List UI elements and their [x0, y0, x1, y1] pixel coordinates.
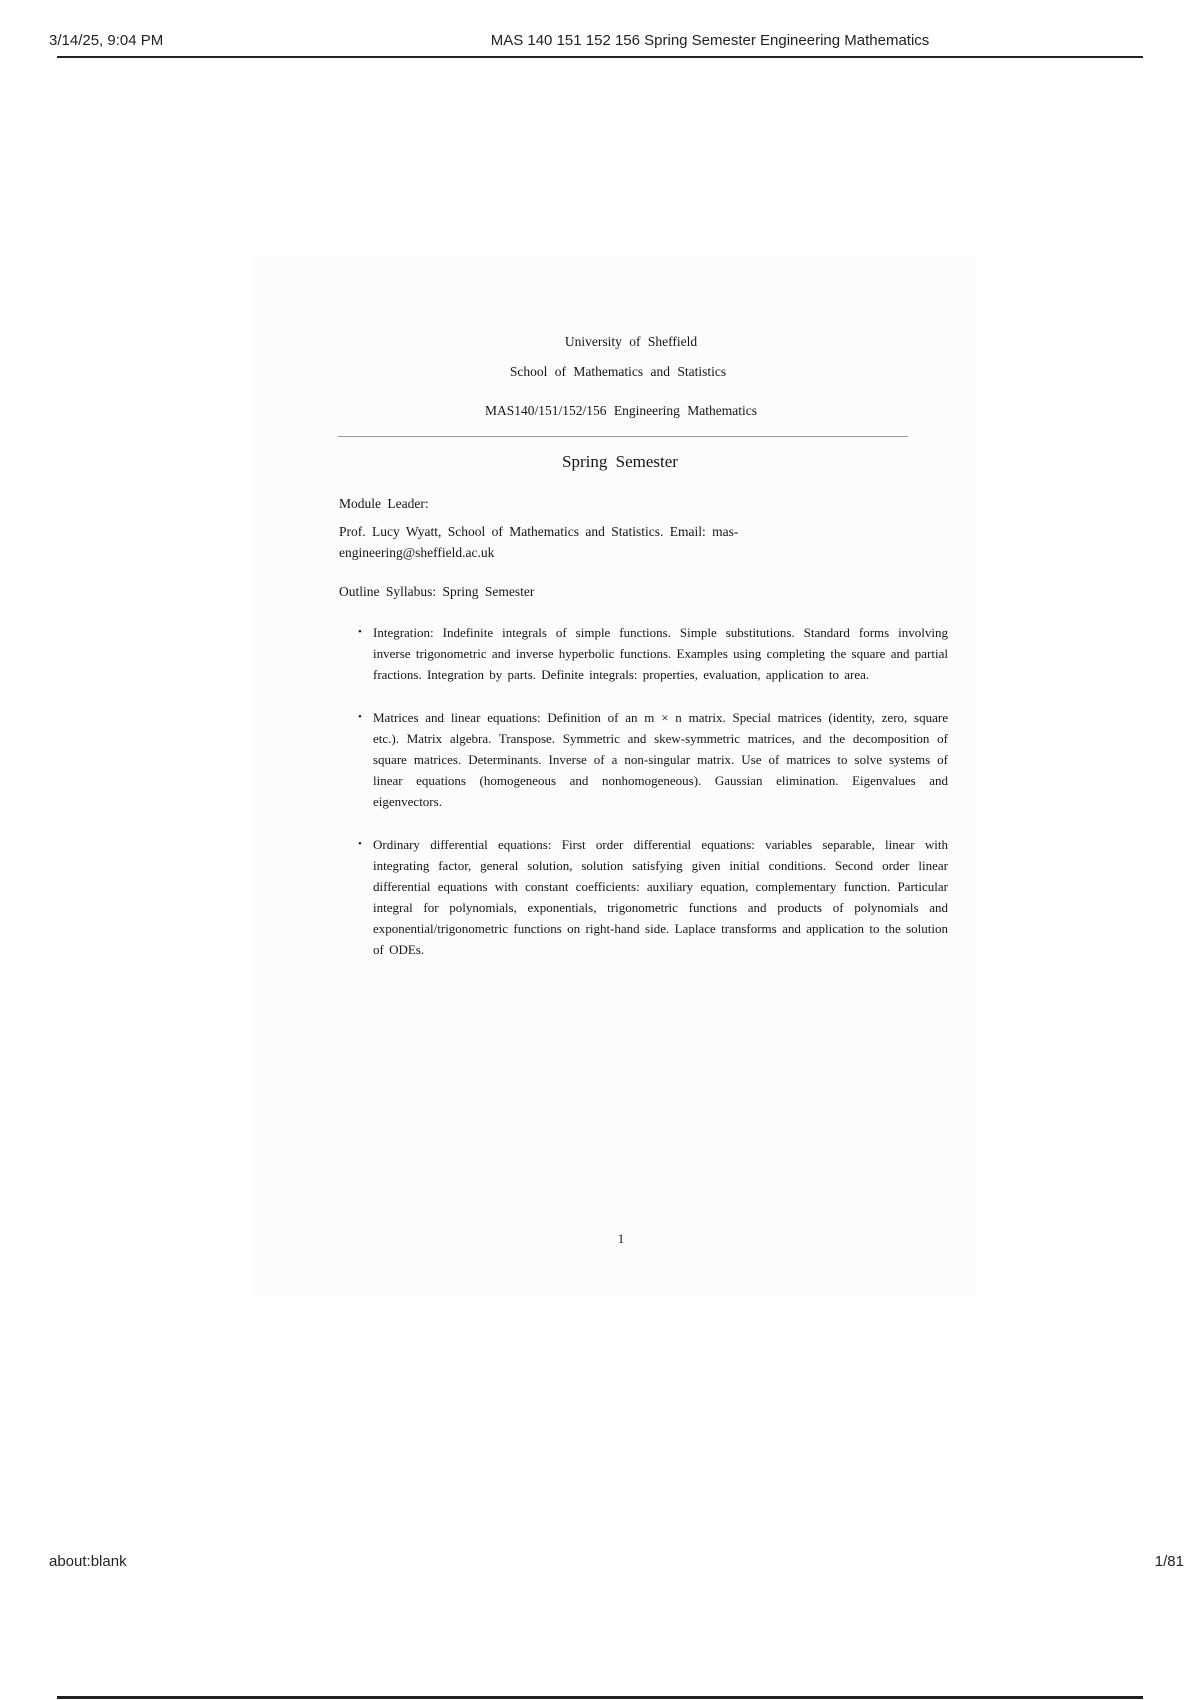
footer-divider	[57, 1696, 1143, 1699]
page-number: 1	[0, 1231, 1200, 1247]
syllabus-list: • Integration: Indefinite integrals of s…	[358, 622, 948, 982]
bullet-icon: •	[358, 834, 362, 855]
syllabus-text: Integration: Indefinite integrals of sim…	[373, 625, 948, 682]
header-divider	[57, 56, 1143, 58]
module-leader-details: Prof. Lucy Wyatt, School of Mathematics …	[339, 521, 759, 563]
syllabus-item-integration: • Integration: Indefinite integrals of s…	[358, 622, 948, 685]
print-header: 3/14/25, 9:04 PM MAS 140 151 152 156 Spr…	[0, 0, 1200, 60]
bullet-icon: •	[358, 622, 362, 643]
print-footer-url: about:blank	[49, 1553, 127, 1570]
school-name: School of Mathematics and Statistics	[0, 364, 1200, 380]
institution-name: University of Sheffield	[0, 334, 1200, 350]
module-title: MAS140/151/152/156 Engineering Mathemati…	[0, 403, 1200, 419]
syllabus-item-odes: • Ordinary differential equations: First…	[358, 834, 948, 960]
module-leader-label: Module Leader:	[339, 493, 429, 514]
print-title: MAS 140 151 152 156 Spring Semester Engi…	[0, 32, 1200, 49]
bullet-icon: •	[358, 707, 362, 728]
semester-heading: Spring Semester	[0, 452, 1200, 472]
print-page-counter: 1/81	[1155, 1553, 1184, 1570]
syllabus-text: Matrices and linear equations: Definitio…	[373, 710, 948, 809]
outline-heading: Outline Syllabus: Spring Semester	[339, 581, 534, 602]
syllabus-text: Ordinary differential equations: First o…	[373, 837, 948, 957]
syllabus-item-matrices: • Matrices and linear equations: Definit…	[358, 707, 948, 812]
title-divider	[338, 436, 908, 437]
